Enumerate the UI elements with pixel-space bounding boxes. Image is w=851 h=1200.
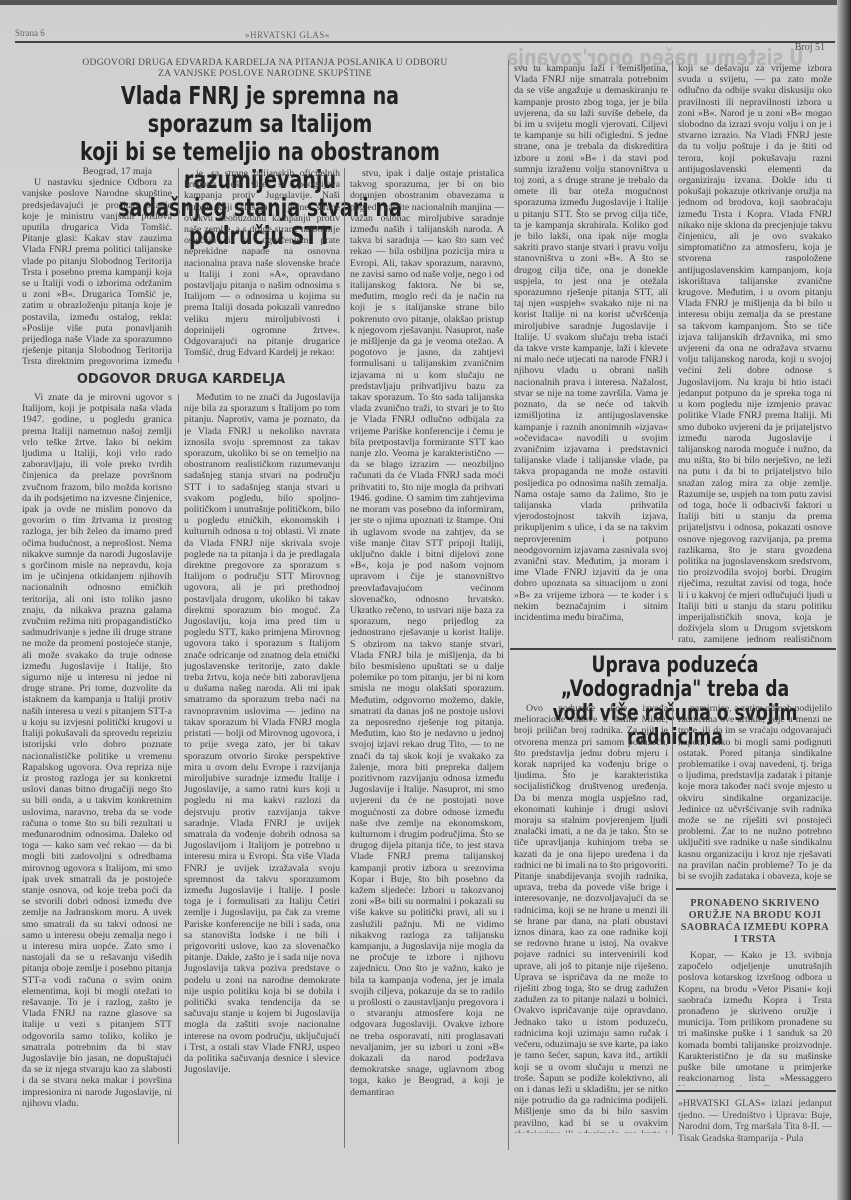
newspaper-page: Strana 6 »HRVATSKI GLAS« Broj 51 U siste… xyxy=(0,0,851,1200)
intro-column-1: Beograd, 17 maja U nastavku sjednice Odb… xyxy=(22,166,172,366)
paragraph: Kopar, — Kako je 13. svibnja započelo od… xyxy=(678,950,832,1086)
body-column-2: Međutim to ne znači da Jugoslavija nije … xyxy=(184,392,340,1150)
kicker-line: ODGOVORI DRUGA EDVARDA KARDELJA NA PITAN… xyxy=(30,58,500,69)
paragraph: Ovo poduzeće koje izvađa melioracione ra… xyxy=(514,703,668,1133)
body-column-1: Vi znate da je mirovni ugovor s Italijom… xyxy=(22,392,172,1150)
running-head: Strana 6 »HRVATSKI GLAS« Broj 51 xyxy=(15,28,835,42)
column-divider xyxy=(508,60,509,1150)
section-rule xyxy=(510,648,836,650)
paragraph: koji se dešavaju za vrijeme izbora svuda… xyxy=(678,63,832,643)
box-body: Kopar, — Kako je 13. svibnja započelo od… xyxy=(678,950,832,1086)
headline-line: Uprava poduzeća „Vodogradnja" treba da xyxy=(539,654,812,702)
paragraph: Vi znate da je mirovni ugovor s Italijom… xyxy=(22,392,172,1109)
paragraph: je, sa strane talijanskih oficijelnih kr… xyxy=(184,168,340,358)
body-column-3: stvu, ipak i dalje ostaje pristalica tak… xyxy=(350,168,504,1148)
second-article-column-1: Ovo poduzeće koje izvađa melioracione ra… xyxy=(514,703,668,1133)
paragraph: svu tu kampanju laži i femišljotina, Vla… xyxy=(514,63,668,623)
page-label: Strana 6 xyxy=(15,28,45,38)
kicker-line: ZA VANJSKE POSLOVE NARODNE SKUPŠTINE xyxy=(30,69,500,80)
box-headline: PRONAĐENO SKRIVENO ORUŽJE NA BRODU KOJI … xyxy=(678,898,832,946)
column-divider xyxy=(344,168,345,1148)
column-divider xyxy=(672,705,673,1135)
dateline: Beograd, 17 maja xyxy=(22,166,152,177)
paragraph: U nastavku sjednice Odbora za vanjske po… xyxy=(22,177,172,366)
column-divider xyxy=(178,168,179,363)
second-article-column-2: namirnice, a zatim odmah podijelilo radn… xyxy=(678,703,832,883)
article-kicker: ODGOVORI DRUGA EDVARDA KARDELJA NA PITAN… xyxy=(30,58,500,80)
paragraph: namirnice, a zatim odmah podijelilo radn… xyxy=(678,703,832,883)
box-rule-top xyxy=(676,888,836,890)
intro-column-2: je, sa strane talijanskih oficijelnih kr… xyxy=(184,168,340,364)
box-rule-bottom xyxy=(676,1090,836,1092)
paragraph: stvu, ipak i dalje ostaje pristalica tak… xyxy=(350,168,504,1098)
top-rule xyxy=(15,41,835,43)
body-column-5: koji se dešavaju za vrijeme izbora svuda… xyxy=(678,63,832,643)
section-subhead: ODGOVOR DRUGA KARDELJA xyxy=(22,372,340,387)
headline-line: Vlada FNRJ je spremna na sporazum sa Ita… xyxy=(69,82,451,138)
column-divider xyxy=(178,394,179,1144)
body-column-4: svu tu kampanju laži i femišljotina, Vla… xyxy=(514,63,668,643)
colophon: »HRVATSKI GLAS« izlazi jedanput tjedno. … xyxy=(678,1098,832,1144)
column-divider xyxy=(672,60,673,640)
scan-right-edge xyxy=(837,0,851,1200)
paragraph: Međutim to ne znači da Jugoslavija nije … xyxy=(184,392,340,1075)
scan-top-edge xyxy=(0,0,851,5)
publication-name: »HRVATSKI GLAS« xyxy=(245,30,330,40)
